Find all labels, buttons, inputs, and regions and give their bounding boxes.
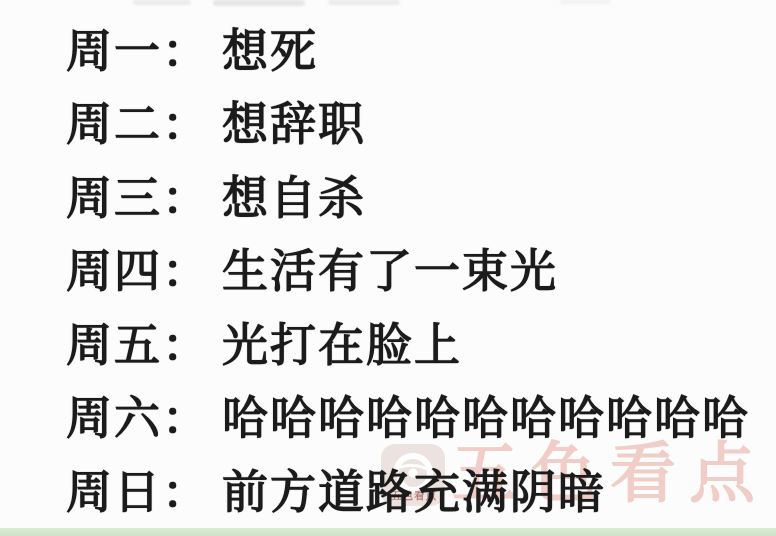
day-label: 周二 [66, 88, 162, 154]
day-label: 周三 [66, 162, 162, 228]
item-text: 想自杀 [222, 162, 366, 228]
item-text: 前方道路充满阴暗 [222, 456, 606, 522]
day-label: 周一 [66, 15, 162, 81]
day-label: 周六 [66, 382, 162, 448]
colon: ： [162, 235, 210, 301]
list-item: 周六：哈哈哈哈哈哈哈哈哈哈哈 [66, 379, 750, 453]
day-label: 周日 [66, 456, 162, 522]
item-text: 想辞职 [222, 88, 366, 154]
item-text: 想死 [222, 15, 318, 81]
list-item: 周三：想自杀 [66, 158, 750, 232]
item-text: 光打在脸上 [222, 309, 462, 375]
weekday-list: 周一：想死 周二：想辞职 周三：想自杀 周四：生活有了一束光 周五：光打在脸上 … [66, 11, 750, 526]
colon: ： [162, 88, 210, 154]
list-item: 周五：光打在脸上 [66, 305, 750, 379]
day-label: 周五 [66, 309, 162, 375]
list-item: 周一：想死 [66, 11, 750, 85]
list-item: 周二：想辞职 [66, 85, 750, 159]
day-label: 周四 [66, 235, 162, 301]
colon: ： [162, 456, 210, 522]
colon: ： [162, 309, 210, 375]
item-text: 哈哈哈哈哈哈哈哈哈哈哈 [222, 382, 750, 448]
bottom-edge-strip [0, 528, 776, 536]
item-text: 生活有了一束光 [222, 235, 558, 301]
colon: ： [162, 15, 210, 81]
colon: ： [162, 382, 210, 448]
meme-image: 五色看点 五色看点 周一：想死 周二：想辞职 周三：想自杀 周四：生活有了一束光… [0, 0, 776, 536]
list-item: 周四：生活有了一束光 [66, 232, 750, 306]
colon: ： [162, 162, 210, 228]
list-item: 周日：前方道路充满阴暗 [66, 452, 750, 526]
